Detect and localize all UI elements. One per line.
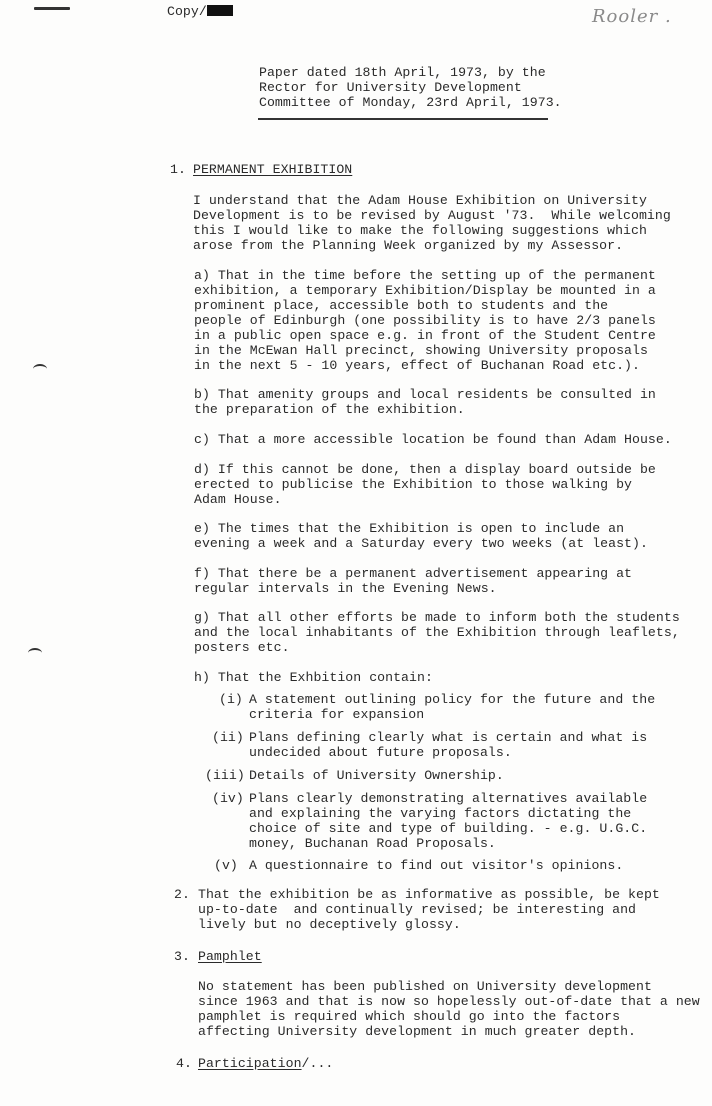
subitem-iv-line: money, Buchanan Road Proposals. — [249, 836, 496, 851]
item-d-line: Adam House. — [194, 492, 282, 507]
item-c-line: c) That a more accessible location be fo… — [194, 432, 672, 447]
intro-line: this I would like to make the following … — [193, 223, 647, 238]
subitem-v-label: (v) — [214, 858, 238, 873]
subitem-ii-line: undecided about future proposals. — [249, 745, 512, 760]
intro-line: arose from the Planning Week organized b… — [193, 238, 623, 253]
section-3-heading: Pamphlet — [198, 949, 262, 964]
item-g-line: and the local inhabitants of the Exhibit… — [194, 625, 680, 640]
subitem-iv-line: Plans clearly demonstrating alternatives… — [249, 791, 647, 806]
subitem-v-line: A questionnaire to find out visitor's op… — [249, 858, 623, 873]
section-3-line: since 1963 and that is now so hopelessly… — [198, 994, 700, 1009]
subitem-iv-line: and explaining the varying factors dicta… — [249, 806, 631, 821]
section-2-number: 2. — [174, 887, 190, 902]
item-b-line: b) That amenity groups and local residen… — [194, 387, 656, 402]
item-a-line: in a public open space e.g. in front of … — [194, 328, 656, 343]
item-a-line: prominent place, accessible both to stud… — [194, 298, 608, 313]
section-2-line: lively but no deceptively glossy. — [198, 917, 461, 932]
continuation-line: Participation/... — [198, 1056, 333, 1071]
item-g-line: g) That all other efforts be made to inf… — [194, 610, 680, 625]
item-a-line: in the McEwan Hall precinct, showing Uni… — [194, 343, 648, 358]
item-a-line: in the next 5 - 10 years, effect of Buch… — [194, 358, 640, 373]
subitem-iv-line: choice of site and type of building. - e… — [249, 821, 647, 836]
handwritten-note: Rooler . — [592, 6, 672, 27]
section-3-line: pamphlet is required which should go int… — [198, 1009, 620, 1024]
subitem-ii-label: (ii) — [212, 730, 244, 745]
section-2-line: That the exhibition be as informative as… — [198, 887, 660, 902]
punch-hole-mark — [28, 648, 42, 658]
subitem-ii-line: Plans defining clearly what is certain a… — [249, 730, 647, 745]
item-d-line: d) If this cannot be done, then a displa… — [194, 462, 656, 477]
subitem-i-line: criteria for expansion — [249, 707, 424, 722]
item-f-line: f) That there be a permanent advertiseme… — [194, 566, 632, 581]
subitem-i-line: A statement outlining policy for the fut… — [249, 692, 655, 707]
section-3-line: affecting University development in much… — [198, 1024, 636, 1039]
copy-text: Copy/ — [167, 4, 207, 19]
item-g-line: posters etc. — [194, 640, 290, 655]
margin-dash-mark — [34, 7, 70, 10]
subitem-iii-line: Details of University Ownership. — [249, 768, 504, 783]
item-a-line: people of Edinburgh (one possibility is … — [194, 313, 656, 328]
document-page: Copy/ Rooler . Paper dated 18th April, 1… — [0, 0, 712, 1106]
item-h-line: h) That the Exhbition contain: — [194, 670, 433, 685]
section-4-number: 4. — [176, 1056, 192, 1071]
caption-line-3: Committee of Monday, 23rd April, 1973. — [259, 95, 562, 110]
item-e-line: evening a week and a Saturday every two … — [194, 536, 648, 551]
caption-underline-rule — [258, 118, 548, 120]
item-a-line: exhibition, a temporary Exhibition/Displ… — [194, 283, 656, 298]
caption-line-1: Paper dated 18th April, 1973, by the — [259, 65, 546, 80]
continuation-suffix: /... — [302, 1056, 334, 1071]
section-2-line: up-to-date and continually revised; be i… — [198, 902, 636, 917]
item-a-line: a) That in the time before the setting u… — [194, 268, 656, 283]
item-b-line: the preparation of the exhibition. — [194, 402, 465, 417]
item-e-line: e) The times that the Exhibition is open… — [194, 521, 624, 536]
item-f-line: regular intervals in the Evening News. — [194, 581, 497, 596]
redaction-block — [207, 5, 233, 16]
section-3-number: 3. — [174, 949, 190, 964]
caption-line-2: Rector for University Development — [259, 80, 522, 95]
item-d-line: erected to publicise the Exhibition to t… — [194, 477, 632, 492]
section-3-line: No statement has been published on Unive… — [198, 979, 652, 994]
copy-label: Copy/ — [167, 4, 233, 19]
subitem-i-label: (i) — [219, 692, 243, 707]
intro-line: Development is to be revised by August '… — [193, 208, 671, 223]
intro-line: I understand that the Adam House Exhibit… — [193, 193, 647, 208]
punch-hole-mark — [33, 364, 47, 374]
continuation-heading: Participation — [198, 1056, 302, 1071]
section-1-number: 1. — [170, 162, 186, 177]
section-1-heading: PERMANENT EXHIBITION — [193, 162, 352, 177]
subitem-iv-label: (iv) — [212, 791, 244, 806]
subitem-iii-label: (iii) — [205, 768, 245, 783]
